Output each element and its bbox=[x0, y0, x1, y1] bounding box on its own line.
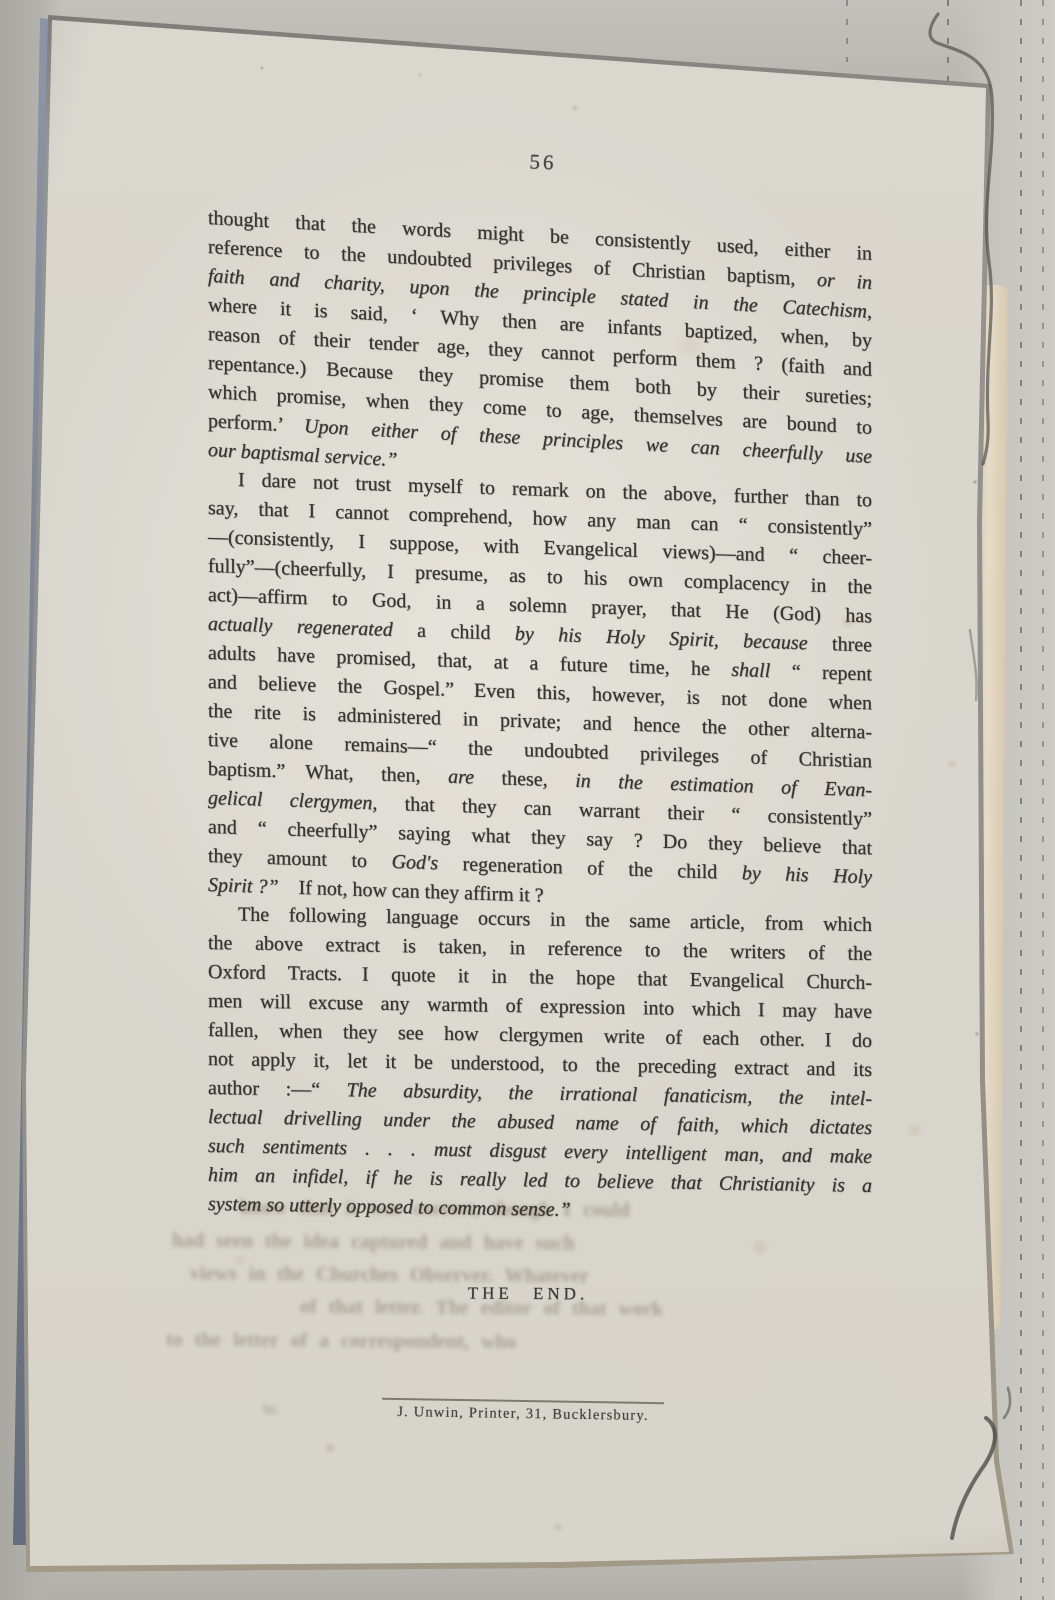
paragraph: I dare not trust myself to remark on the… bbox=[208, 465, 872, 921]
ghost-text-line: had seen the idea captured and have such bbox=[172, 1230, 575, 1256]
body-paragraphs: thought that the words might be consiste… bbox=[208, 204, 872, 1228]
paragraph: thought that the words might be consiste… bbox=[208, 204, 872, 501]
ghost-text-line: W. bbox=[262, 1402, 281, 1420]
stitch-marks bbox=[1042, 0, 1044, 1600]
the-end-label: THE END. bbox=[208, 1282, 848, 1306]
imprint-rule bbox=[382, 1398, 664, 1404]
stitch-marks bbox=[846, 0, 848, 62]
ghost-text-line: to the letter of a correspondent, who bbox=[166, 1329, 517, 1354]
book-page: know that it was correct, though I could… bbox=[0, 0, 1055, 1600]
stitch-marks bbox=[947, 0, 949, 82]
paragraph: The following language occurs in the sam… bbox=[208, 900, 872, 1230]
printer-imprint: J. Unwin, Printer, 31, Bucklersbury. bbox=[330, 1403, 716, 1426]
stitch-marks bbox=[1020, 0, 1022, 1600]
page-number: 56 bbox=[508, 149, 579, 177]
photographed-book-page: know that it was correct, though I could… bbox=[0, 0, 1055, 1600]
